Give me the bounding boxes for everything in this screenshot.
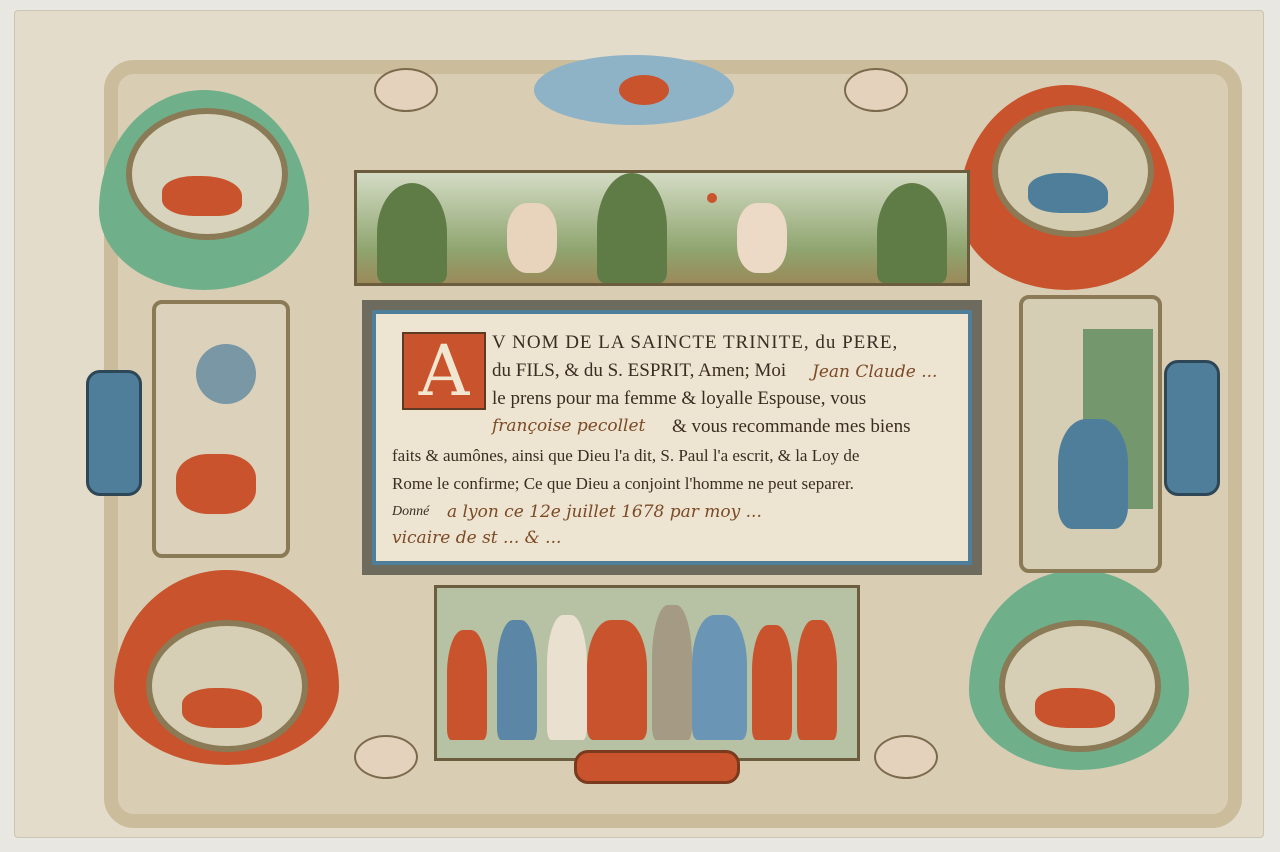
cherub-top-right [844,68,908,112]
tree-of-knowledge [597,173,667,283]
printed-line-5: faits & aumônes, ainsi que Dieu l'a dit,… [392,446,859,466]
cherub-bottom-left [354,735,418,779]
red-robe [176,454,256,514]
eve-figure [737,203,787,273]
virgin-mary-figure [692,615,747,740]
parchment-sheet: A V NOM DE LA SAINCTE TRINITE, du PERE, … [14,10,1264,838]
scroll-right [1164,360,1220,496]
god-father-clouds [534,55,734,125]
medallion-st-john [126,108,288,240]
figure-red [447,630,487,740]
handwritten-officiant-line: vicaire de st ... & ... [392,528,561,548]
red-robe [162,176,242,216]
figure-red [752,625,792,740]
adam-figure [507,203,557,273]
cherub-top-left [374,68,438,112]
printed-line-1: V NOM DE LA SAINCTE TRINITE, du PERE, [492,332,898,354]
red-robe [182,688,262,728]
medallion-st-mark [146,620,308,752]
tree [877,183,947,283]
red-robe [1035,688,1115,728]
panel-annunciation-virgin [1019,295,1162,573]
scroll-left [86,370,142,496]
joseph-figure [587,620,647,740]
blue-robe [1058,419,1128,529]
vignette-adam-and-eve [354,170,970,286]
drop-cap: A [402,332,486,410]
vignette-marriage-of-virgin [434,585,860,761]
handwritten-bride-name: françoise pecollet [492,416,645,436]
tree [377,183,447,283]
wing [196,344,256,404]
panel-archangel [152,300,290,558]
figure-blue [497,620,537,740]
medallion-st-luke [992,105,1154,237]
blue-robe [1028,173,1108,213]
certificate-text-panel: A V NOM DE LA SAINCTE TRINITE, du PERE, … [362,300,982,575]
figure-white [547,615,587,740]
medallion-st-matthew [999,620,1161,752]
handwritten-date-line: a lyon ce 12e juillet 1678 par moy ... [447,502,762,522]
handwritten-groom-name: Jean Claude ... [812,362,937,382]
cherub-bottom-right [874,735,938,779]
red-cloak [619,75,669,105]
printed-line-3: le prens pour ma femme & loyalle Espouse… [492,388,866,410]
printed-line-4: & vous recommande mes biens [672,416,911,438]
high-priest-figure [652,605,692,740]
scroll-bottom [574,750,740,784]
printed-line-6: Rome le confirme; Ce que Dieu a conjoint… [392,474,854,494]
printed-line-2: du FILS, & du S. ESPRIT, Amen; Moi [492,360,786,382]
donne-label: Donné [392,504,429,520]
apple [707,193,717,203]
figure-red [797,620,837,740]
